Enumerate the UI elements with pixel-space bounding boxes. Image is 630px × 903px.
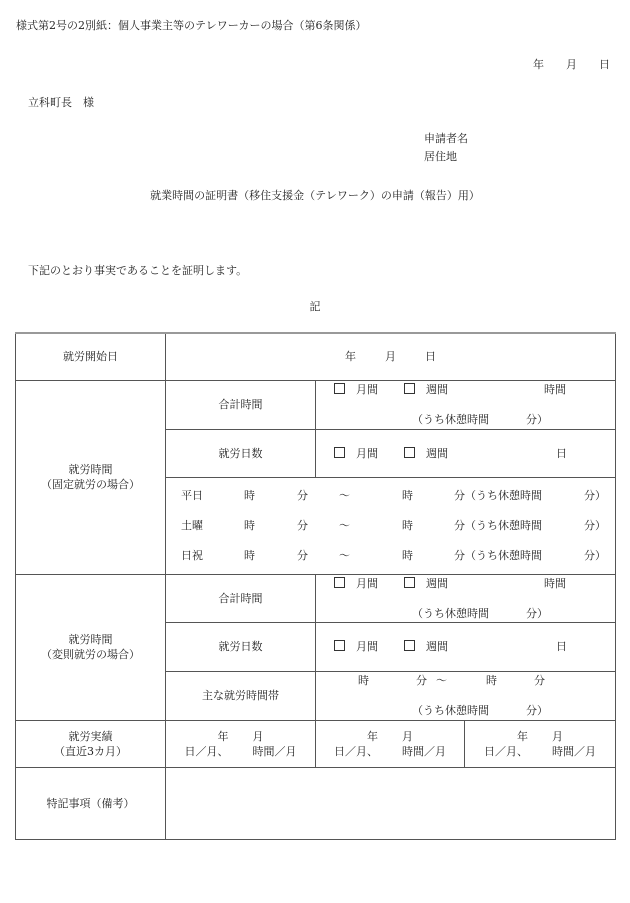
fixed-total-hours-label: 合計時間	[166, 380, 316, 429]
fixed-work-days-field: 月間 週間 日	[316, 429, 616, 477]
checkbox-weekly[interactable]	[404, 577, 415, 588]
fixed-total-hours-field: 月間 週間 時間 （うち休憩時間 分）	[316, 380, 616, 429]
row-work-record: 就労実績 （直近3カ月） 年月 日／月、時間／月 年月 日／月、時間／月 年月 …	[16, 720, 616, 767]
row-remarks: 特記事項（備考）	[16, 767, 616, 839]
row-start-date: 就労開始日 年 月 日	[16, 333, 616, 380]
applicant-block: 申請者名 居住地	[424, 130, 468, 166]
form-id: 様式第2号の2別紙：個人事業主等のテレワーカーの場合（第6条関係）	[16, 17, 367, 33]
fixed-schedule-field[interactable]: 平日 時 分 ～ 時 分（うち休憩時間 分） 土曜 時 分 ～ 時 分（うち休憩…	[166, 477, 616, 574]
variable-work-days-field: 月間 週間 日	[316, 622, 616, 671]
record-month-2[interactable]: 年月 日／月、時間／月	[316, 720, 465, 767]
ki-heading: 記	[0, 298, 630, 314]
checkbox-monthly[interactable]	[334, 577, 345, 588]
fixed-work-days-label: 就労日数	[166, 429, 316, 477]
certification-statement: 下記のとおり事実であることを証明します。	[28, 262, 247, 278]
date-year: 年	[533, 56, 544, 72]
date-month: 月	[566, 56, 577, 72]
applicant-name-label[interactable]: 申請者名	[424, 130, 468, 148]
schedule-row-weekday: 平日 時 分 ～ 時 分（うち休憩時間 分）	[166, 488, 615, 503]
main-hours-field[interactable]: 時 分 ～ 時 分 （うち休憩時間 分）	[316, 671, 616, 720]
document-title: 就業時間の証明書（移住支援金（テレワーク）の申請（報告）用）	[0, 187, 630, 203]
schedule-row-holiday: 日祝 時 分 ～ 時 分（うち休憩時間 分）	[166, 548, 615, 563]
row-variable-total-hours: 就労時間 （変則就労の場合） 合計時間 月間 週間 時間 （うち休憩時間 分）	[16, 574, 616, 622]
certificate-table: 就労開始日 年 月 日 就労時間 （固定就労の場合） 合計時間 月間 週間 時間…	[15, 332, 616, 840]
checkbox-weekly[interactable]	[404, 383, 415, 394]
variable-work-hours-label: 就労時間 （変則就労の場合）	[16, 574, 166, 720]
variable-work-days-label: 就労日数	[166, 622, 316, 671]
work-record-label: 就労実績 （直近3カ月）	[16, 720, 166, 767]
remarks-label: 特記事項（備考）	[16, 767, 166, 839]
fixed-work-hours-label: 就労時間 （固定就労の場合）	[16, 380, 166, 574]
applicant-address-label[interactable]: 居住地	[424, 148, 468, 166]
checkbox-monthly[interactable]	[334, 447, 345, 458]
variable-total-hours-label: 合計時間	[166, 574, 316, 622]
checkbox-monthly[interactable]	[334, 383, 345, 394]
issue-date[interactable]: 年 月 日	[533, 56, 610, 72]
start-date-label: 就労開始日	[16, 333, 166, 380]
checkbox-monthly[interactable]	[334, 640, 345, 651]
remarks-field[interactable]	[166, 767, 616, 839]
checkbox-weekly[interactable]	[404, 640, 415, 651]
record-month-1[interactable]: 年月 日／月、時間／月	[166, 720, 316, 767]
schedule-row-saturday: 土曜 時 分 ～ 時 分（うち休憩時間 分）	[166, 518, 615, 533]
checkbox-weekly[interactable]	[404, 447, 415, 458]
date-day: 日	[599, 56, 610, 72]
variable-total-hours-field: 月間 週間 時間 （うち休憩時間 分）	[316, 574, 616, 622]
record-month-3[interactable]: 年月 日／月、時間／月	[465, 720, 616, 767]
row-fixed-total-hours: 就労時間 （固定就労の場合） 合計時間 月間 週間 時間 （うち休憩時間 分）	[16, 380, 616, 429]
addressee: 立科町長 様	[28, 94, 94, 110]
start-date-field[interactable]: 年 月 日	[166, 333, 616, 380]
main-hours-label: 主な就労時間帯	[166, 671, 316, 720]
